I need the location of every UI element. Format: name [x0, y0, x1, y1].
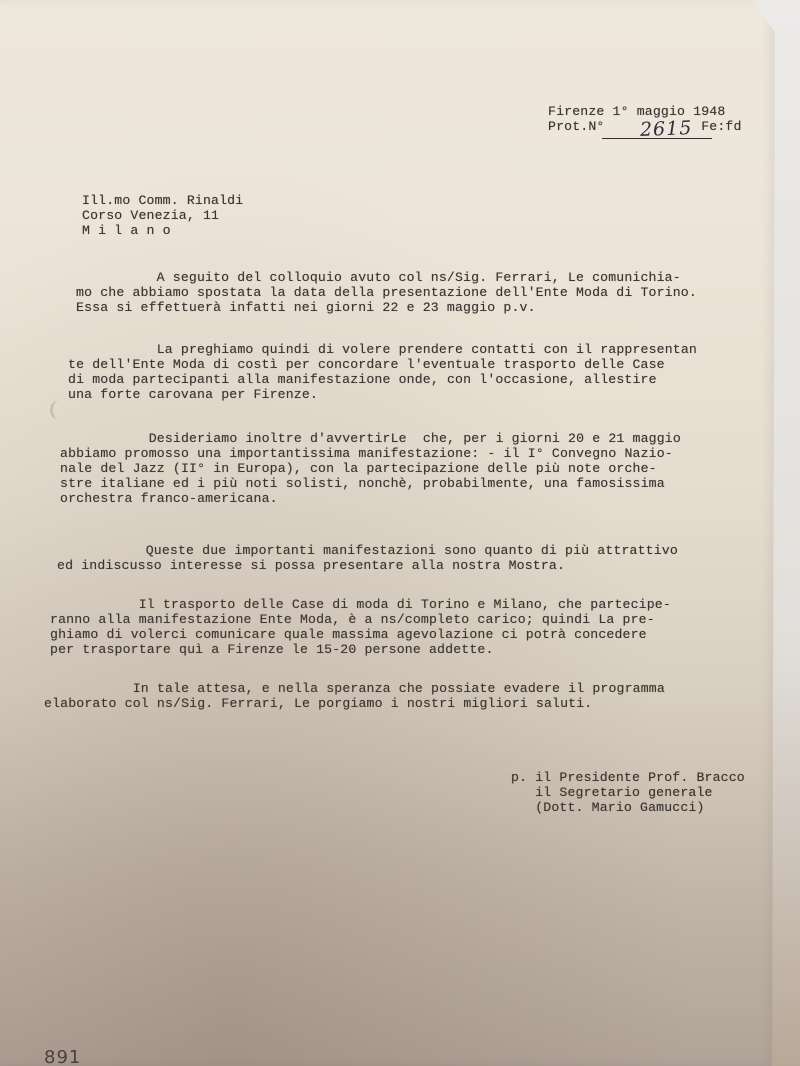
paragraph-5: Il trasporto delle Case di moda di Torin…: [50, 597, 671, 657]
text-line: mo che abbiamo spostata la data della pr…: [76, 285, 697, 300]
protocol-suffix: Fe:fd: [701, 119, 741, 134]
text-line: di moda partecipanti alla manifestazione…: [68, 372, 657, 387]
letter-page: Firenze 1° maggio 1948 Prot.N° Fe:fd 261…: [0, 0, 775, 1066]
text-line: Essa si effettuerà infatti nei giorni 22…: [76, 300, 536, 315]
text-line: una forte carovana per Firenze.: [68, 387, 318, 402]
recipient-city: M i l a n o: [82, 223, 171, 238]
date-block: Firenze 1° maggio 1948 Prot.N° Fe:fd: [548, 104, 742, 134]
text-line: Desideriamo inoltre d'avvertirLe che, pe…: [60, 431, 681, 446]
text-line: nale del Jazz (II° in Europa), con la pa…: [60, 461, 657, 476]
text-line: orchestra franco-americana.: [60, 491, 278, 506]
recipient-name: Ill.mo Comm. Rinaldi: [82, 193, 243, 208]
text-line: Il trasporto delle Case di moda di Torin…: [50, 597, 671, 612]
signature-block: p. il Presidente Prof. Bracco il Segreta…: [511, 770, 745, 815]
text-line: La preghiamo quindi di volere prendere c…: [68, 342, 697, 357]
place-date: Firenze 1° maggio 1948: [548, 104, 725, 119]
text-line: ranno alla manifestazione Ente Moda, è a…: [50, 612, 655, 627]
text-line: per trasportare quì a Firenze le 15-20 p…: [50, 642, 494, 657]
protocol-number-handwritten: 2615: [640, 117, 693, 141]
text-line: ed indiscusso interesse si possa present…: [57, 558, 565, 573]
signature-line: p. il Presidente Prof. Bracco: [511, 770, 745, 785]
text-line: In tale attesa, e nella speranza che pos…: [44, 681, 665, 696]
protocol-label: Prot.N°: [548, 119, 604, 134]
signature-line: (Dott. Mario Gamucci): [511, 800, 705, 815]
protocol-underline: [602, 138, 712, 139]
text-line: Queste due importanti manifestazioni son…: [57, 543, 678, 558]
signature-line: il Segretario generale: [511, 785, 713, 800]
punch-hole: [50, 400, 69, 420]
pencil-archive-number: 891: [44, 1047, 81, 1066]
paragraph-2: La preghiamo quindi di volere prendere c…: [68, 342, 697, 402]
recipient-address: Ill.mo Comm. Rinaldi Corso Venezia, 11 M…: [82, 193, 243, 238]
text-line: abbiamo promosso una importantissima man…: [60, 446, 673, 461]
paragraph-6: In tale attesa, e nella speranza che pos…: [44, 681, 665, 711]
text-line: elaborato col ns/Sig. Ferrari, Le porgia…: [44, 696, 592, 711]
text-line: te dell'Ente Moda di costì per concordar…: [68, 357, 665, 372]
text-line: stre italiane ed i più noti solisti, non…: [60, 476, 665, 491]
paragraph-1: A seguito del colloquio avuto col ns/Sig…: [76, 270, 697, 315]
paragraph-3: Desideriamo inoltre d'avvertirLe che, pe…: [60, 431, 681, 506]
paragraph-4: Queste due importanti manifestazioni son…: [57, 543, 678, 573]
text-line: A seguito del colloquio avuto col ns/Sig…: [76, 270, 681, 285]
recipient-street: Corso Venezia, 11: [82, 208, 219, 223]
text-line: ghiamo di volerci comunicare quale massi…: [50, 627, 647, 642]
